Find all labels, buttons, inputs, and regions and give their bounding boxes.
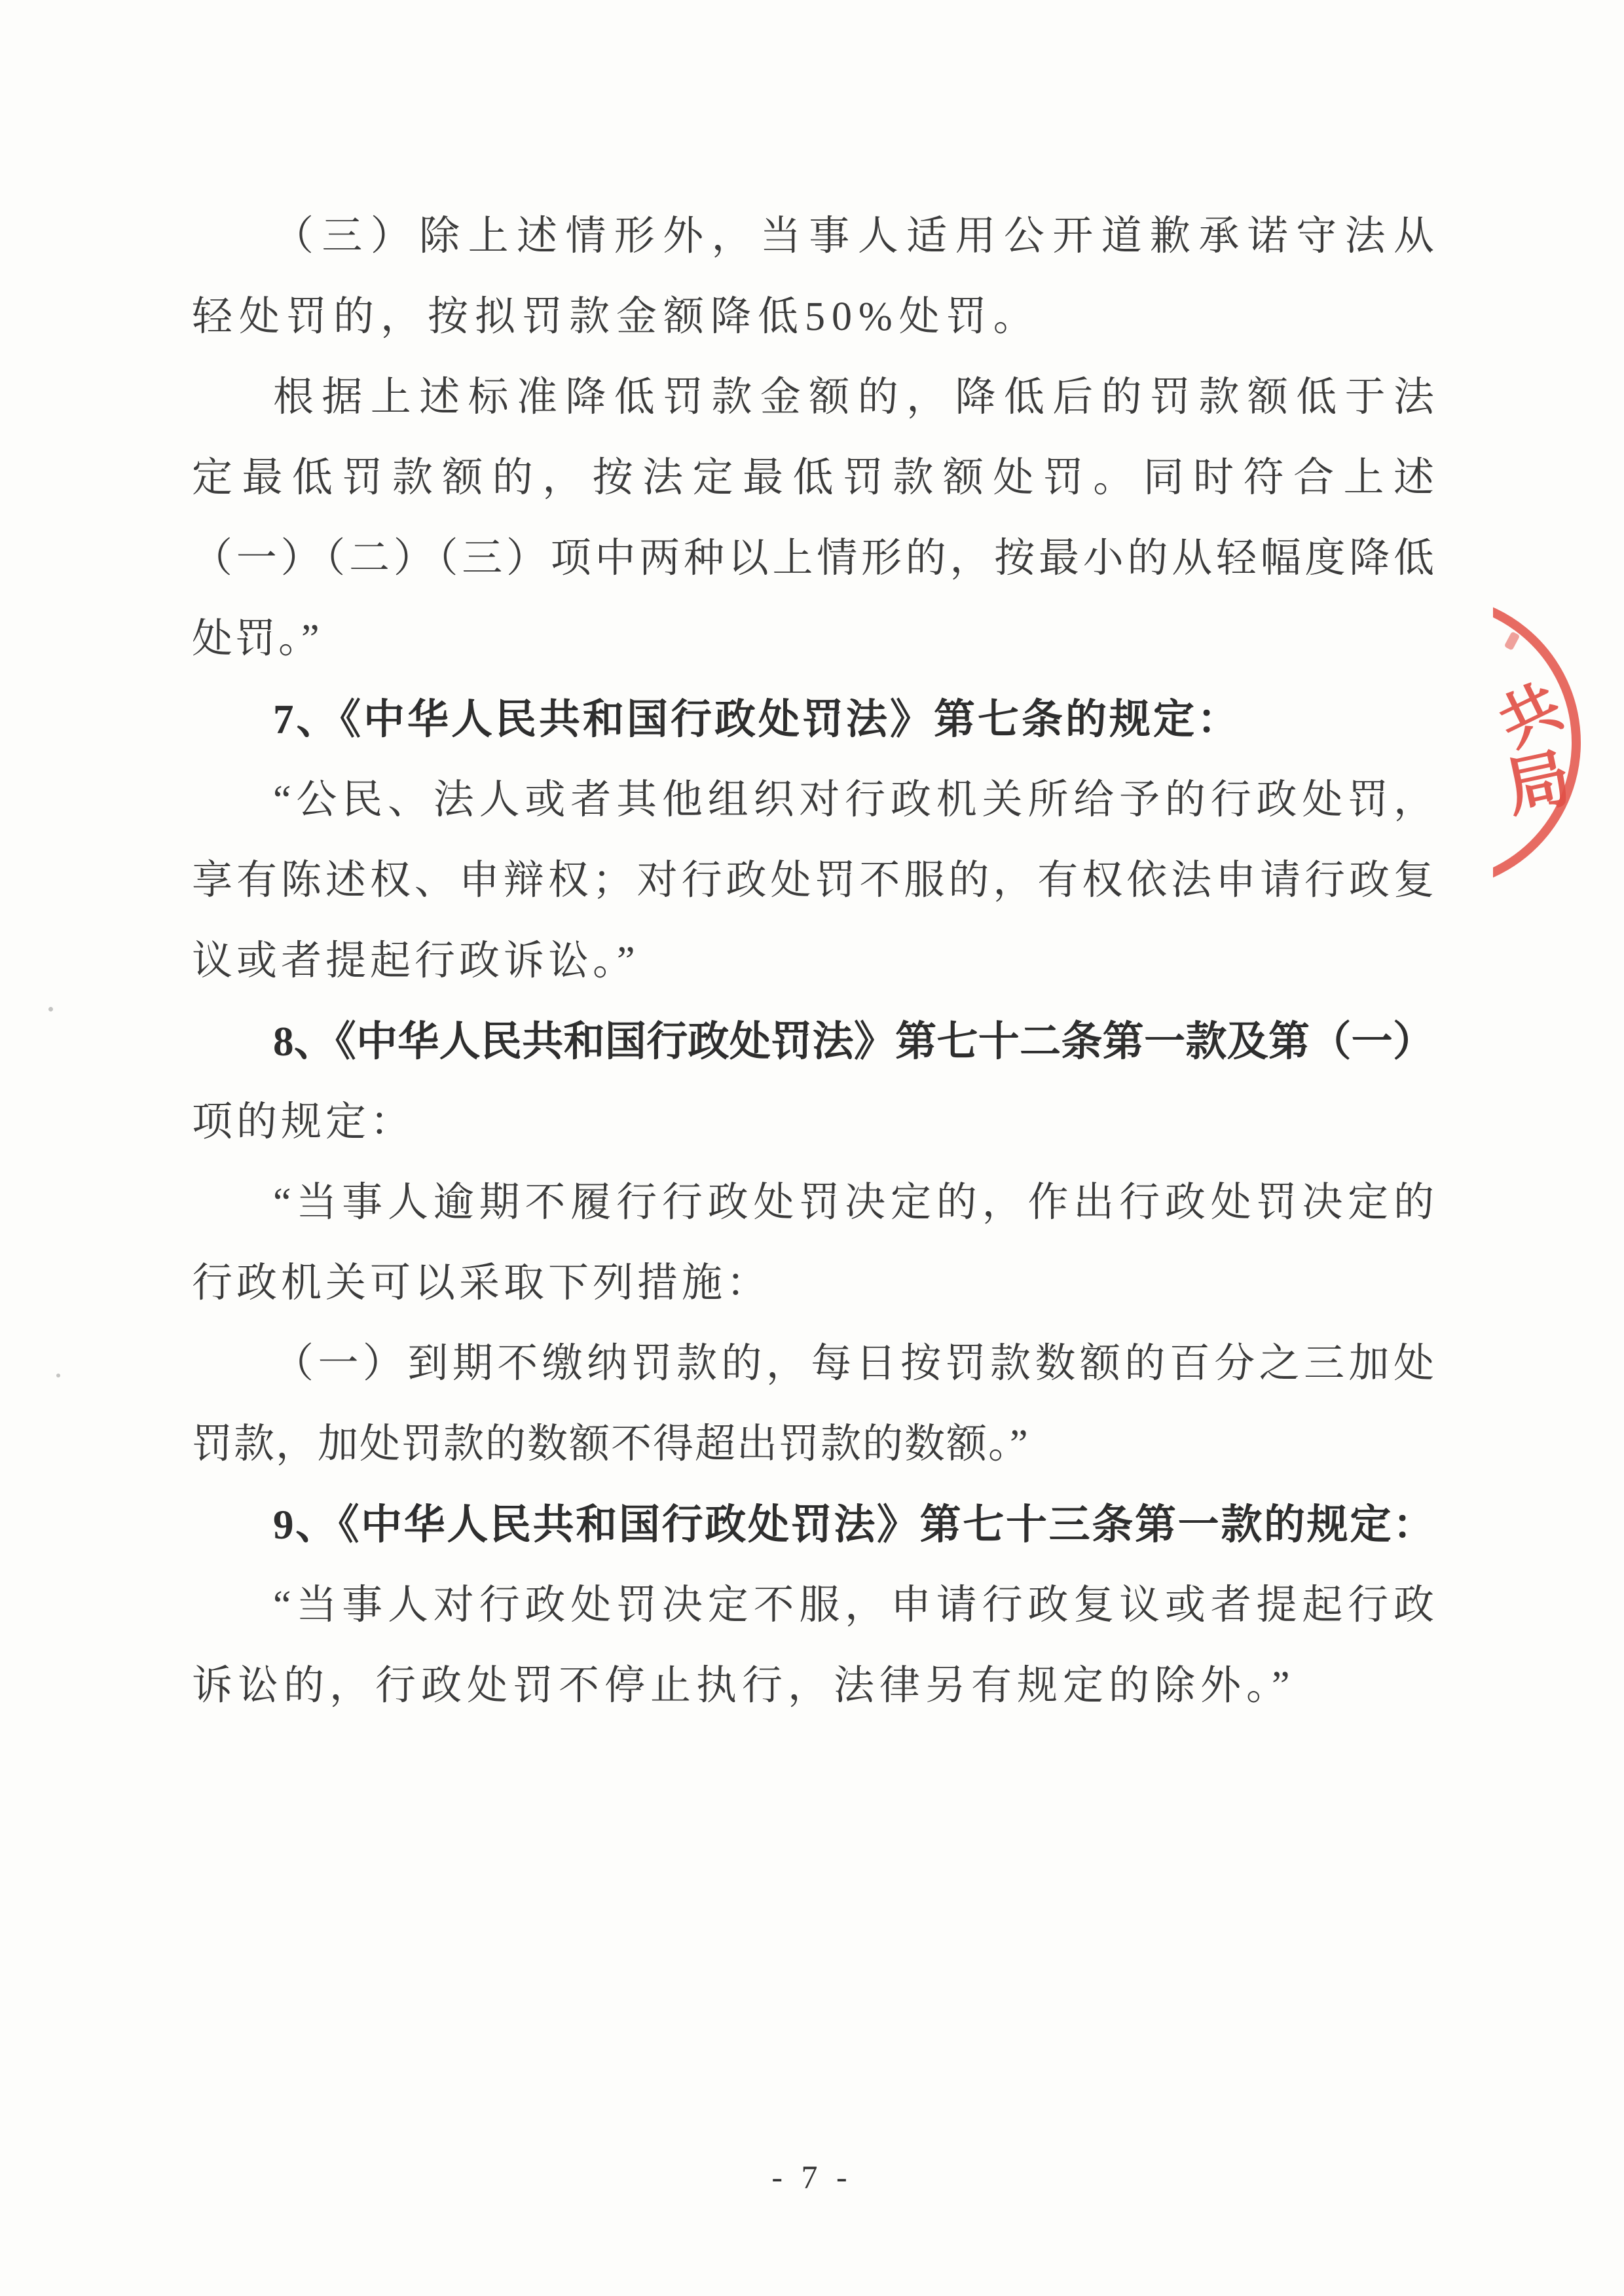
section-heading-7: 7、《中华人民共和国行政处罚法》第七条的规定： <box>192 680 1434 760</box>
official-seal-stamp: 共 局 <box>1493 576 1624 917</box>
text-line: 议或者提起行政诉讼。” <box>192 921 1434 1002</box>
text-line: 罚款，加处罚款的数额不得超出罚款的数额。” <box>192 1404 1434 1485</box>
page-number: - 7 - <box>0 2158 1624 2196</box>
text-line: 定最低罚款额的，按法定最低罚款额处罚。同时符合上述 <box>192 438 1434 519</box>
text-line: “当事人逾期不履行行政处罚决定的，作出行政处罚决定的 <box>192 1163 1434 1243</box>
seal-character-bottom: 局 <box>1496 726 1578 829</box>
text-line: 享有陈述权、申辩权；对行政处罚不服的，有权依法申请行政复 <box>192 841 1434 921</box>
text-line: 根据上述标准降低罚款金额的，降低后的罚款额低于法 <box>192 357 1434 438</box>
text-line: 项的规定： <box>192 1082 1434 1163</box>
scanned-document-page: （三）除上述情形外，当事人适用公开道歉承诺守法从 轻处罚的，按拟罚款金额降低50… <box>0 0 1624 2296</box>
text-line: “当事人对行政处罚决定不服，申请行政复议或者提起行政 <box>192 1565 1434 1646</box>
seal-ring-arc <box>1493 580 1595 905</box>
text-line: 行政机关可以采取下列措施： <box>192 1243 1434 1324</box>
text-line: （一）到期不缴纳罚款的，每日按罚款数额的百分之三加处 <box>192 1324 1434 1404</box>
text-line: 轻处罚的，按拟罚款金额降低50%处罚。 <box>192 277 1434 357</box>
text-line: （三）除上述情形外，当事人适用公开道歉承诺守法从 <box>192 196 1434 277</box>
text-line: 诉讼的，行政处罚不停止执行，法律另有规定的除外。” <box>192 1646 1434 1726</box>
text-line: 处罚。” <box>192 599 1434 680</box>
text-line: “公民、法人或者其他组织对行政机关所给予的行政处罚， <box>192 760 1434 841</box>
document-body: （三）除上述情形外，当事人适用公开道歉承诺守法从 轻处罚的，按拟罚款金额降低50… <box>192 196 1434 1726</box>
section-heading-9: 9、《中华人民共和国行政处罚法》第七十三条第一款的规定： <box>192 1485 1434 1565</box>
seal-character-top: 共 <box>1493 659 1574 763</box>
scan-speck <box>56 1374 60 1377</box>
section-heading-8: 8、《中华人民共和国行政处罚法》第七十二条第一款及第（一） <box>192 1002 1434 1082</box>
seal-ink-fragment <box>1504 631 1521 651</box>
scan-speck <box>48 1007 53 1011</box>
text-line: （一）（二）（三）项中两种以上情形的，按最小的从轻幅度降低 <box>192 519 1434 599</box>
